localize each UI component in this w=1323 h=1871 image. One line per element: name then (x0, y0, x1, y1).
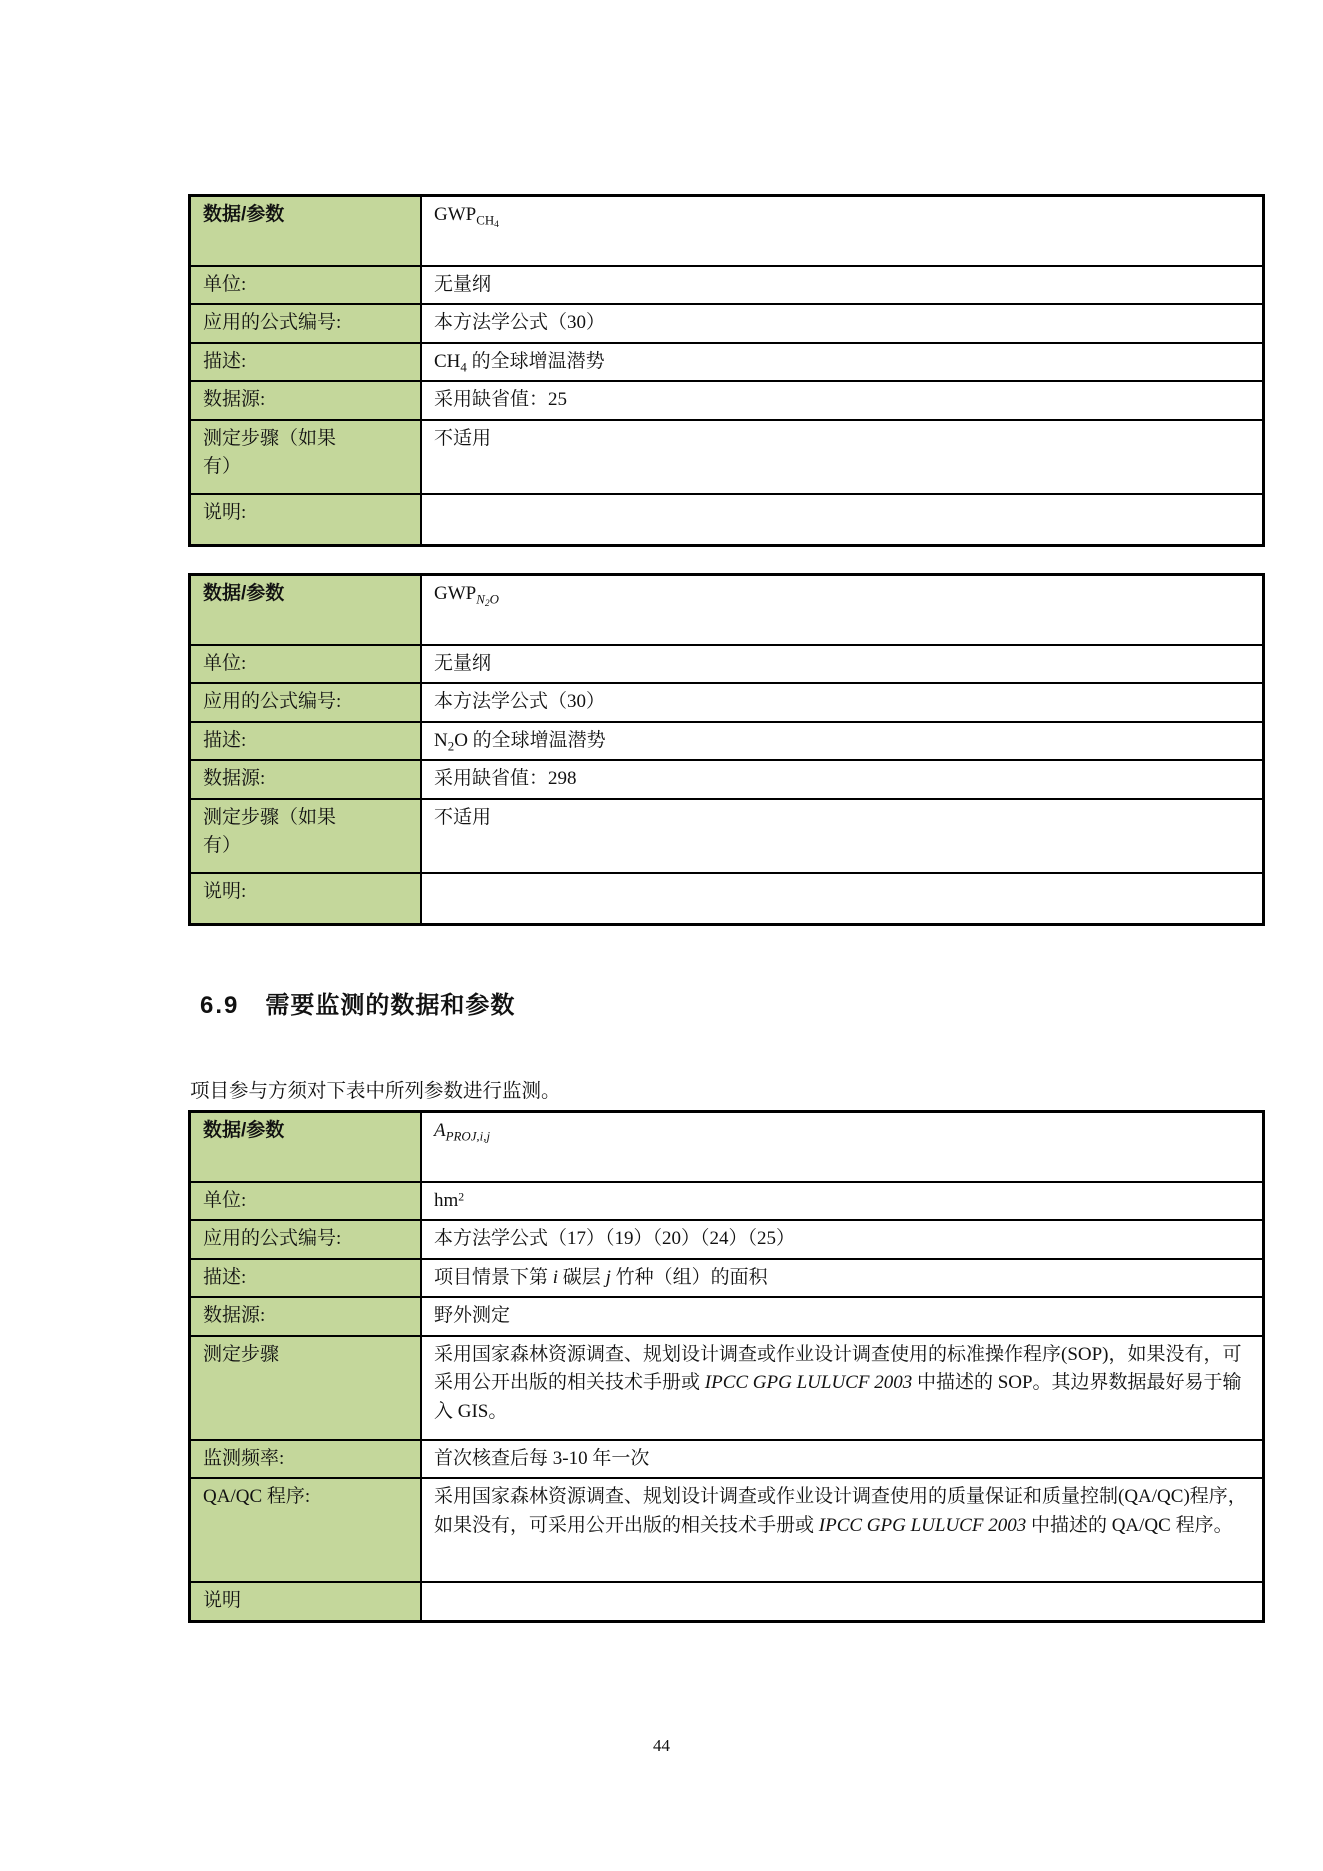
parameter-table: 数据/参数GWPCH4单位:无量纲应用的公式编号:本方法学公式（30）描述:CH… (188, 194, 1265, 547)
table-row: 测定步骤采用国家森林资源调查、规划设计调查或作业设计调查使用的标准操作程序(SO… (190, 1336, 1264, 1440)
table-row: 描述:N2O 的全球增温潜势 (190, 722, 1264, 761)
row-value (421, 873, 1264, 925)
table-row: 数据源:野外测定 (190, 1297, 1264, 1336)
table-row: 单位:无量纲 (190, 645, 1264, 684)
table-row: 应用的公式编号:本方法学公式（30） (190, 683, 1264, 722)
row-label: 应用的公式编号: (190, 304, 422, 343)
row-value: 不适用 (421, 799, 1264, 873)
text-segment: 采用缺省值：298 (434, 768, 577, 789)
row-value (421, 494, 1264, 546)
table-header-row: 数据/参数APROJ,i,j (190, 1112, 1264, 1182)
section-heading: 6.9需要监测的数据和参数 (200, 990, 515, 1021)
text-segment: 野外测定 (434, 1305, 510, 1326)
text-segment: 中描述的 QA/QC 程序。 (1026, 1515, 1232, 1536)
row-label: 测定步骤（如果 有） (190, 420, 422, 494)
table-row: 描述:CH4 的全球增温潜势 (190, 343, 1264, 382)
text-segment: GWP (434, 204, 476, 225)
text-segment: O 的全球增温潜势 (454, 730, 605, 751)
table-row: QA/QC 程序:采用国家森林资源调查、规划设计调查或作业设计调查使用的质量保证… (190, 1478, 1264, 1582)
row-value: 采用国家森林资源调查、规划设计调查或作业设计调查使用的质量保证和质量控制(QA/… (421, 1478, 1264, 1582)
row-label: 说明: (190, 873, 422, 925)
text-segment: 首次核查后每 3-10 年一次 (434, 1448, 649, 1469)
text-segment: 无量纲 (434, 274, 491, 295)
row-value: 采用缺省值：25 (421, 381, 1264, 420)
row-label: 测定步骤（如果 有） (190, 799, 422, 873)
parameter-symbol: GWPN2O (421, 575, 1264, 645)
document-page: 数据/参数GWPCH4单位:无量纲应用的公式编号:本方法学公式（30）描述:CH… (0, 0, 1323, 1871)
intro-paragraph: 项目参与方须对下表中所列参数进行监测。 (190, 1078, 561, 1105)
row-label: 描述: (190, 343, 422, 382)
monitored-parameter-table-container: 数据/参数APROJ,i,j单位:hm2应用的公式编号:本方法学公式（17）（1… (188, 1110, 1265, 1623)
header-row-label: 数据/参数 (190, 575, 422, 645)
table-row: 描述:项目情景下第 i 碳层 j 竹种（组）的面积 (190, 1259, 1264, 1298)
text-segment: N (434, 730, 448, 751)
row-label: 应用的公式编号: (190, 1220, 422, 1259)
gwp-ch4-parameter-table-container: 数据/参数GWPCH4单位:无量纲应用的公式编号:本方法学公式（30）描述:CH… (188, 194, 1265, 547)
table-row: 数据源:采用缺省值：25 (190, 381, 1264, 420)
section-title: 需要监测的数据和参数 (265, 992, 515, 1019)
row-value: 采用缺省值：298 (421, 760, 1264, 799)
row-value: 本方法学公式（17）（19）（20）（24）（25） (421, 1220, 1264, 1259)
text-segment: 无量纲 (434, 653, 491, 674)
parameter-table: 数据/参数GWPN2O单位:无量纲应用的公式编号:本方法学公式（30）描述:N2… (188, 573, 1265, 926)
text-segment: A (434, 1120, 446, 1141)
table-row: 应用的公式编号:本方法学公式（17）（19）（20）（24）（25） (190, 1220, 1264, 1259)
parameter-table: 数据/参数APROJ,i,j单位:hm2应用的公式编号:本方法学公式（17）（1… (188, 1110, 1265, 1623)
text-segment: 本方法学公式（30） (434, 312, 605, 333)
row-label: QA/QC 程序: (190, 1478, 422, 1582)
table-row: 应用的公式编号:本方法学公式（30） (190, 304, 1264, 343)
gwp-n2o-parameter-table-container: 数据/参数GWPN2O单位:无量纲应用的公式编号:本方法学公式（30）描述:N2… (188, 573, 1265, 926)
row-value: 项目情景下第 i 碳层 j 竹种（组）的面积 (421, 1259, 1264, 1298)
text-segment: 本方法学公式（30） (434, 691, 605, 712)
text-segment: 竹种（组）的面积 (611, 1267, 768, 1288)
table-row: 数据源:采用缺省值：298 (190, 760, 1264, 799)
header-row-label: 数据/参数 (190, 196, 422, 266)
text-segment: 采用缺省值：25 (434, 389, 567, 410)
text-segment: 不适用 (434, 428, 491, 449)
text-segment: IPCC GPG LULUCF 2003 (819, 1515, 1026, 1536)
row-value (421, 1582, 1264, 1621)
table-row: 单位:hm2 (190, 1182, 1264, 1221)
row-label: 数据源: (190, 760, 422, 799)
text-segment: IPCC GPG LULUCF 2003 (705, 1372, 912, 1393)
text-segment: PROJ,i,j (446, 1129, 490, 1144)
row-value: 野外测定 (421, 1297, 1264, 1336)
row-label: 单位: (190, 1182, 422, 1221)
table-row: 说明 (190, 1582, 1264, 1621)
row-label: 单位: (190, 266, 422, 305)
section-number: 6.9 (200, 992, 239, 1019)
page-number: 44 (0, 1736, 1323, 1756)
text-segment: 项目情景下第 (434, 1267, 553, 1288)
row-label: 描述: (190, 722, 422, 761)
text-segment: 的全球增温潜势 (467, 351, 605, 372)
row-value: 采用国家森林资源调查、规划设计调查或作业设计调查使用的标准操作程序(SOP)，如… (421, 1336, 1264, 1440)
parameter-symbol: GWPCH4 (421, 196, 1264, 266)
header-row-label: 数据/参数 (190, 1112, 422, 1182)
row-label: 数据源: (190, 1297, 422, 1336)
text-segment: 不适用 (434, 807, 491, 828)
text-segment: hm (434, 1190, 458, 1211)
table-row: 说明: (190, 494, 1264, 546)
row-label: 说明: (190, 494, 422, 546)
text-segment: CH (476, 213, 494, 228)
row-label: 应用的公式编号: (190, 683, 422, 722)
table-row: 监测频率:首次核查后每 3-10 年一次 (190, 1440, 1264, 1479)
table-header-row: 数据/参数GWPCH4 (190, 196, 1264, 266)
row-label: 测定步骤 (190, 1336, 422, 1440)
row-value: 无量纲 (421, 266, 1264, 305)
row-value: 本方法学公式（30） (421, 683, 1264, 722)
text-segment: O (490, 592, 499, 607)
text-segment: 2 (458, 1190, 464, 1203)
table-row: 单位:无量纲 (190, 266, 1264, 305)
row-label: 监测频率: (190, 1440, 422, 1479)
table-header-row: 数据/参数GWPN2O (190, 575, 1264, 645)
row-value: 本方法学公式（30） (421, 304, 1264, 343)
table-row: 测定步骤（如果 有）不适用 (190, 799, 1264, 873)
row-value: hm2 (421, 1182, 1264, 1221)
text-segment: 本方法学公式（17）（19）（20）（24）（25） (434, 1228, 795, 1249)
table-row: 说明: (190, 873, 1264, 925)
row-value: CH4 的全球增温潜势 (421, 343, 1264, 382)
text-segment: 4 (494, 220, 499, 230)
text-segment: CH (434, 351, 460, 372)
table-row: 测定步骤（如果 有）不适用 (190, 420, 1264, 494)
row-value: N2O 的全球增温潜势 (421, 722, 1264, 761)
row-value: 无量纲 (421, 645, 1264, 684)
row-label: 描述: (190, 1259, 422, 1298)
row-value: 首次核查后每 3-10 年一次 (421, 1440, 1264, 1479)
text-segment: 碳层 (558, 1267, 606, 1288)
text-segment: GWP (434, 583, 476, 604)
row-label: 数据源: (190, 381, 422, 420)
row-label: 说明 (190, 1582, 422, 1621)
parameter-symbol: APROJ,i,j (421, 1112, 1264, 1182)
row-label: 单位: (190, 645, 422, 684)
text-segment: N (476, 592, 485, 607)
row-value: 不适用 (421, 420, 1264, 494)
